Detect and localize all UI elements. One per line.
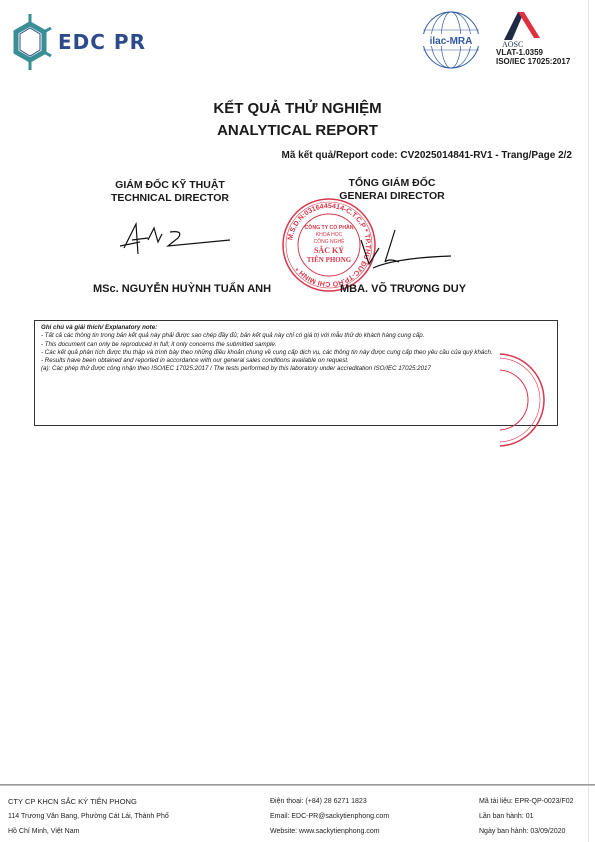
svg-text:CÔNG NGHỆ: CÔNG NGHỆ <box>314 237 346 245</box>
note-line: - Các kết quả phân tích được thu thập và… <box>41 349 551 357</box>
technical-director-signature <box>118 222 233 258</box>
general-director-name: MBA. VÕ TRƯƠNG DUY <box>340 283 466 295</box>
accreditation-standard: ISO/IEC 17025:2017 <box>496 57 576 66</box>
footer-company-name: CTY CP KHCN SẮC KÝ TIÊN PHONG <box>8 794 169 809</box>
general-director-signature <box>355 228 455 270</box>
footer-divider <box>0 784 595 786</box>
technical-director-title: GIÁM ĐỐC KỸ THUẬT TECHNICAL DIRECTOR <box>100 179 240 205</box>
footer-company-info: CTY CP KHCN SẮC KÝ TIÊN PHONG 114 Trương… <box>8 794 169 839</box>
footer-phone: Điện thoại: (+84) 28 6271 1823 <box>270 794 389 809</box>
ilac-globe-icon: ilac-MRA <box>418 10 484 70</box>
svg-text:AOSC: AOSC <box>502 40 523 48</box>
report-code: Mã kết quả/Report code: CV2025014841-RV1… <box>282 150 573 161</box>
footer-revision: Lần ban hành: 01 <box>479 809 574 824</box>
logo-text: EDC PR <box>58 30 146 54</box>
hexagon-molecule-icon <box>8 12 52 72</box>
technical-director-name: MSc. NGUYỄN HUỲNH TUẤN ANH <box>93 283 271 295</box>
svg-text:ilac-MRA: ilac-MRA <box>430 36 473 47</box>
footer-document-info: Mã tài liệu: EPR-QP-0023/F02 Lần ban hàn… <box>479 794 574 839</box>
aosc-accreditation: AOSC VLAT-1.0359 ISO/IEC 17025:2017 <box>496 8 576 66</box>
svg-text:KHOA HỌC: KHOA HỌC <box>316 232 343 238</box>
aosc-logo-icon: AOSC <box>500 8 546 48</box>
svg-text:TIÊN PHONG: TIÊN PHONG <box>307 256 352 264</box>
company-logo: EDC PR <box>8 12 168 72</box>
note-line: - This document can only be reproduced i… <box>41 341 551 349</box>
svg-text:CÔNG TY CỔ PHẦN: CÔNG TY CỔ PHẦN <box>305 223 354 231</box>
notes-heading: Ghi chú và giải thích/ Explanatory note: <box>41 324 551 332</box>
footer-contact-info: Điện thoại: (+84) 28 6271 1823 Email: ED… <box>270 794 389 839</box>
footer-email[interactable]: Email: EDC-PR@sackytienphong.com <box>270 809 389 824</box>
footer-address-line-1: 114 Trương Văn Bang, Phường Cát Lái, Thà… <box>8 809 169 824</box>
explanatory-notes-box: Ghi chú và giải thích/ Explanatory note:… <box>34 320 558 426</box>
note-line: (a): Các phép thử được công nhận theo IS… <box>41 365 551 373</box>
report-title-english: ANALYTICAL REPORT <box>0 122 595 139</box>
partial-seal-stamp <box>500 350 550 450</box>
note-line: - Tất cả các thông tin trong bản kết quả… <box>41 332 551 340</box>
footer-address-line-2: Hồ Chí Minh, Việt Nam <box>8 824 169 839</box>
ilac-mra-logo: ilac-MRA <box>418 10 484 70</box>
footer-website[interactable]: Website: www.sackytienphong.com <box>270 824 389 839</box>
accreditation-code: VLAT-1.0359 <box>496 48 576 57</box>
footer-doc-code: Mã tài liệu: EPR-QP-0023/F02 <box>479 794 574 809</box>
footer-issue-date: Ngày ban hành: 03/09/2020 <box>479 824 574 839</box>
report-title-vietnamese: KẾT QUẢ THỬ NGHIỆM <box>0 100 595 117</box>
note-line: - Results have been obtained and reporte… <box>41 357 551 365</box>
svg-text:SẮC KÝ: SẮC KÝ <box>314 245 344 255</box>
